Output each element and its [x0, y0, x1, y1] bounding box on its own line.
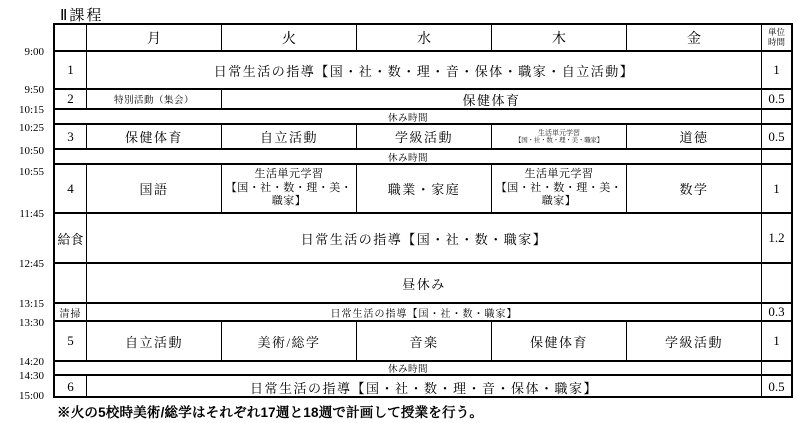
- time-label: 9:00: [0, 46, 44, 58]
- seiso-label: 清掃: [55, 304, 87, 320]
- hiruyasumi-row: 昼休み: [55, 264, 791, 304]
- hiruyasumi-label: 昼休み: [87, 264, 762, 302]
- period4-thursday-line1: 生活単元学習: [525, 168, 594, 182]
- period5-unit: 1: [762, 322, 791, 360]
- time-label: 10:55: [0, 166, 44, 178]
- break3-label: 休み時間: [55, 362, 762, 374]
- header-row: 月 火 水 木 金 単位 時間: [55, 25, 791, 52]
- hiruyasumi-period-empty: [55, 264, 87, 302]
- period6-number: 6: [55, 376, 87, 398]
- period4-tuesday-line2: 【国・社・数・理・美・職家】: [222, 182, 356, 209]
- period1-number: 1: [55, 52, 87, 88]
- period6-unit: 0.5: [762, 376, 791, 398]
- header-tuesday: 火: [222, 25, 357, 50]
- break1-unit-empty: [762, 110, 791, 123]
- period4-monday: 国語: [87, 165, 222, 212]
- period3-tuesday: 自立活動: [222, 125, 357, 148]
- period3-number: 3: [55, 125, 87, 148]
- time-label: 11:45: [0, 208, 44, 220]
- unit-label-line2: 時間: [768, 38, 785, 48]
- period4-wednesday: 職業・家庭: [357, 165, 492, 212]
- time-gutter: 9:00 9:50 10:15 10:25 10:50 10:55 11:45 …: [0, 0, 46, 423]
- period3-thursday: 生活単元学習 【国・社・数・理・美・職家】: [492, 125, 627, 148]
- time-label: 12:45: [0, 258, 44, 270]
- period3-monday: 保健体育: [87, 125, 222, 148]
- period5-tuesday: 美術/総学: [222, 322, 357, 360]
- seiso-row: 清掃 日常生活の指導【国・社・数・職家】 0.3: [55, 304, 791, 322]
- time-label: 10:50: [0, 145, 44, 157]
- period3-thursday-line1: 生活単元学習: [538, 129, 580, 137]
- time-label: 14:20: [0, 356, 44, 368]
- period5-row: 5 自立活動 美術/総学 音楽 保健体育 学級活動 1: [55, 322, 791, 362]
- period2-number: 2: [55, 90, 87, 108]
- header-unit-hours: 単位 時間: [762, 25, 791, 50]
- hiruyasumi-unit-empty: [762, 264, 791, 302]
- period5-friday: 学級活動: [627, 322, 762, 360]
- footnote: ※火の5校時美術/総学はそれぞれ17週と18週で計画して授業を行う。: [57, 401, 483, 421]
- break2-label: 休み時間: [55, 150, 762, 163]
- period3-row: 3 保健体育 自立活動 学級活動 生活単元学習 【国・社・数・理・美・職家】 道…: [55, 125, 791, 150]
- period3-friday: 道徳: [627, 125, 762, 148]
- period1-span-subject: 日常生活の指導【国・社・数・理・音・保体・職家・自立活動】: [87, 52, 762, 88]
- period4-unit: 1: [762, 165, 791, 212]
- header-thursday: 木: [492, 25, 627, 50]
- period5-thursday: 保健体育: [492, 322, 627, 360]
- kyushoku-unit: 1.2: [762, 214, 791, 262]
- header-monday: 月: [87, 25, 222, 50]
- seiso-unit: 0.3: [762, 304, 791, 320]
- period3-thursday-line2: 【国・社・数・理・美・職家】: [515, 137, 603, 145]
- period6-span-subject: 日常生活の指導【国・社・数・理・音・保体・職家】: [87, 376, 762, 398]
- period2-tue-fri-span: 保健体育: [222, 90, 762, 108]
- period4-tuesday: 生活単元学習 【国・社・数・理・美・職家】: [222, 165, 357, 212]
- period5-monday: 自立活動: [87, 322, 222, 360]
- break3-row: 休み時間: [55, 362, 791, 376]
- header-wednesday: 水: [357, 25, 492, 50]
- timetable-sheet: Ⅱ課程 9:00 9:50 10:15 10:25 10:50 10:55 11…: [0, 0, 800, 423]
- period4-number: 4: [55, 165, 87, 212]
- time-label: 10:15: [0, 104, 44, 116]
- period1-unit: 1: [762, 52, 791, 88]
- break2-row: 休み時間: [55, 150, 791, 165]
- period3-wednesday: 学級活動: [357, 125, 492, 148]
- kyushoku-span-subject: 日常生活の指導【国・社・数・職家】: [87, 214, 762, 262]
- time-label: 10:25: [0, 122, 44, 134]
- period6-row: 6 日常生活の指導【国・社・数・理・音・保体・職家】 0.5: [55, 376, 791, 398]
- kyushoku-label: 給食: [55, 214, 87, 262]
- period3-unit: 0.5: [762, 125, 791, 148]
- time-label: 13:15: [0, 298, 44, 310]
- timetable-grid: 月 火 水 木 金 単位 時間 1 日常生活の指導【国・社・数・理・音・保体・職…: [53, 23, 793, 398]
- break1-row: 休み時間: [55, 110, 791, 125]
- period4-thursday-line2: 【国・社・数・理・美・職家】: [492, 182, 626, 209]
- period1-row: 1 日常生活の指導【国・社・数・理・音・保体・職家・自立活動】 1: [55, 52, 791, 90]
- period4-row: 4 国語 生活単元学習 【国・社・数・理・美・職家】 職業・家庭 生活単元学習 …: [55, 165, 791, 214]
- break1-label: 休み時間: [55, 110, 762, 123]
- break3-unit-empty: [762, 362, 791, 374]
- time-label: 13:30: [0, 317, 44, 329]
- period2-unit: 0.5: [762, 90, 791, 108]
- time-label: 14:30: [0, 370, 44, 382]
- break2-unit-empty: [762, 150, 791, 163]
- period2-row: 2 特別活動（集会） 保健体育 0.5: [55, 90, 791, 110]
- period5-wednesday: 音楽: [357, 322, 492, 360]
- header-friday: 金: [627, 25, 762, 50]
- period4-tuesday-line1: 生活単元学習: [255, 168, 324, 182]
- period4-thursday: 生活単元学習 【国・社・数・理・美・職家】: [492, 165, 627, 212]
- period5-number: 5: [55, 322, 87, 360]
- period4-friday: 数学: [627, 165, 762, 212]
- time-label: 9:50: [0, 84, 44, 96]
- time-label: 15:00: [0, 390, 44, 402]
- header-corner-cell: [55, 25, 87, 50]
- kyushoku-row: 給食 日常生活の指導【国・社・数・職家】 1.2: [55, 214, 791, 264]
- period2-monday: 特別活動（集会）: [87, 90, 222, 108]
- page-title: Ⅱ課程: [60, 4, 103, 25]
- seiso-span-subject: 日常生活の指導【国・社・数・職家】: [87, 304, 762, 320]
